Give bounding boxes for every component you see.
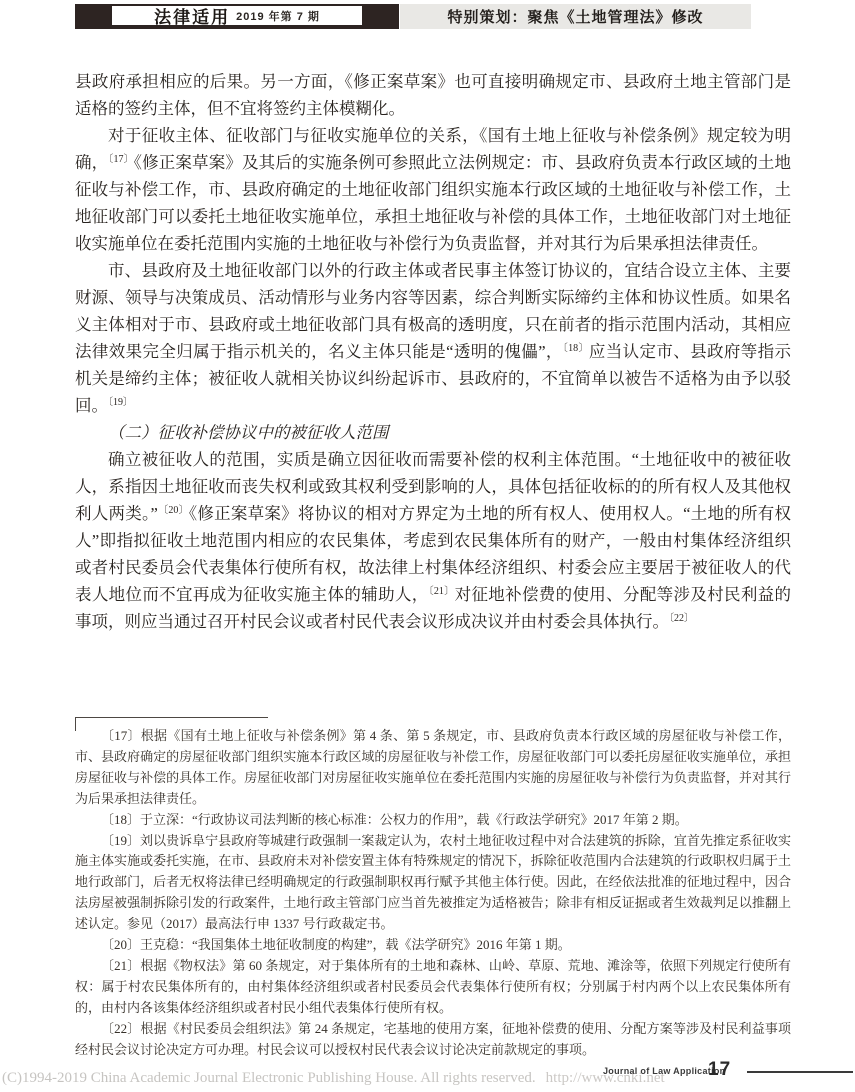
footer-rule — [747, 1071, 853, 1073]
footnote: 〔22〕根据《村民委员会组织法》第 24 条规定，宅基地的使用方案，征地补偿费的… — [75, 1019, 791, 1061]
body-paragraph: 对于征收主体、征收部门与征收实施单位的关系，《国有土地上征收与补偿条例》规定较为… — [75, 122, 791, 257]
masthead-label: 法律适用 2019 年第 7 期 — [112, 6, 362, 25]
masthead-bar: 法律适用 2019 年第 7 期 — [75, 4, 399, 29]
journal-issue: 2019 年第 7 期 — [236, 8, 320, 24]
footnote: 〔19〕刘以贵诉阜宁县政府等城建行政强制一案裁定认为，农村土地征收过程中对合法建… — [75, 831, 791, 936]
journal-page: 法律适用 2019 年第 7 期 特别策划：聚焦《土地管理法》修改 县政府承担相… — [0, 0, 855, 1092]
footnote: 〔21〕根据《物权法》第 60 条规定，对于集体所有的土地和森林、山岭、草原、荒… — [75, 956, 791, 1019]
page-number: 17 — [708, 1059, 731, 1081]
body-paragraph: 确立被征收人的范围，实质是确立因征收而需要补偿的权利主体范围。“土地征收中的被征… — [75, 446, 791, 635]
body-paragraph: 市、县政府及土地征收部门以外的行政主体或者民事主体签订协议的，宜结合设立主体、主… — [75, 257, 791, 419]
journal-name: 法律适用 — [154, 3, 230, 28]
section-heading: （二）征收补偿协议中的被征收人范围 — [75, 419, 791, 446]
footnotes: 〔17〕根据《国有土地上征收与补偿条例》第 4 条、第 5 条规定，市、县政府负… — [75, 726, 791, 1061]
footnote: 〔17〕根据《国有土地上征收与补偿条例》第 4 条、第 5 条规定，市、县政府负… — [75, 726, 791, 810]
body-paragraph: 县政府承担相应的后果。另一方面，《修正案草案》也可直接明确规定市、县政府土地主管… — [75, 68, 791, 122]
footnote: 〔18〕于立深：“行政协议司法判断的核心标准：公权力的作用”，载《行政法学研究》… — [75, 810, 791, 831]
footnote: 〔20〕王克稳：“我国集体土地征收制度的构建”，载《法学研究》2016 年第 1… — [75, 935, 791, 956]
article-body: 县政府承担相应的后果。另一方面，《修正案草案》也可直接明确规定市、县政府土地主管… — [75, 68, 791, 635]
section-banner: 特别策划：聚焦《土地管理法》修改 — [400, 4, 751, 29]
copyright-text: (C)1994-2019 China Academic Journal Elec… — [2, 1070, 536, 1086]
